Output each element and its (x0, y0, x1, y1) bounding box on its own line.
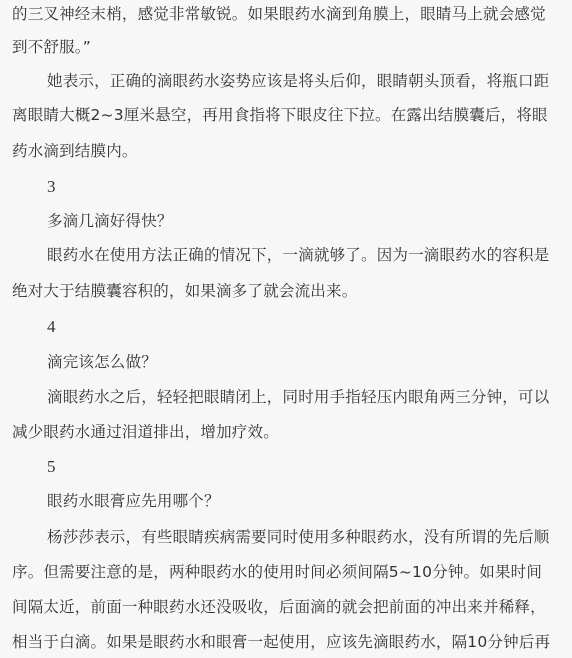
paragraph-line: 药水滴到结膜内。 (12, 141, 138, 161)
paragraph-line: 眼药水在使用方法正确的情况下，一滴就够了。因为一滴眼药水的容积是 (47, 245, 549, 265)
section-number: 3 (47, 177, 56, 197)
article-body: 的三叉神经末梢，感觉非常敏锐。如果眼药水滴到角膜上，眼睛马上就会感觉 到不舒服。… (0, 0, 572, 658)
paragraph-line: 相当于白滴。如果是眼药水和眼膏一起使用，应该先滴眼药水，隔10分钟后再 (12, 632, 550, 652)
paragraph-line: 绝对大于结膜囊容积的，如果滴多了就会流出来。 (12, 281, 357, 301)
paragraph-line: 她表示，正确的滴眼药水姿势应该是将头后仰，眼睛朝头顶看，将瓶口距 (47, 71, 549, 91)
paragraph-line: 杨莎莎表示，有些眼睛疾病需要同时使用多种眼药水，没有所谓的先后顺 (47, 527, 549, 547)
section-heading: 眼药水眼膏应先用哪个？ (47, 491, 220, 511)
section-heading: 滴完该怎么做？ (47, 352, 157, 372)
section-number: 4 (47, 317, 56, 337)
section-number: 5 (47, 457, 56, 477)
paragraph-line: 间隔太近，前面一种眼药水还没吸收，后面滴的就会把前面的冲出来并稀释， (12, 597, 546, 617)
paragraph-line: 减少眼药水通过泪道排出，增加疗效。 (12, 422, 279, 442)
paragraph-line: 序。但需要注意的是，两种眼药水的使用时间必须间隔5~10分钟。如果时间 (12, 562, 542, 582)
paragraph-line: 滴眼药水之后，轻轻把眼睛闭上，同时用手指轻压内眼角两三分钟，可以 (47, 387, 549, 407)
paragraph-line: 的三叉神经末梢，感觉非常敏锐。如果眼药水滴到角膜上，眼睛马上就会感觉 (12, 4, 546, 24)
section-heading: 多滴几滴好得快？ (47, 211, 173, 231)
paragraph-line: 离眼睛大概2~3厘米悬空，再用食指将下眼皮往下拉。在露出结膜囊后，将眼 (12, 105, 548, 125)
paragraph-line: 到不舒服。” (12, 37, 91, 57)
